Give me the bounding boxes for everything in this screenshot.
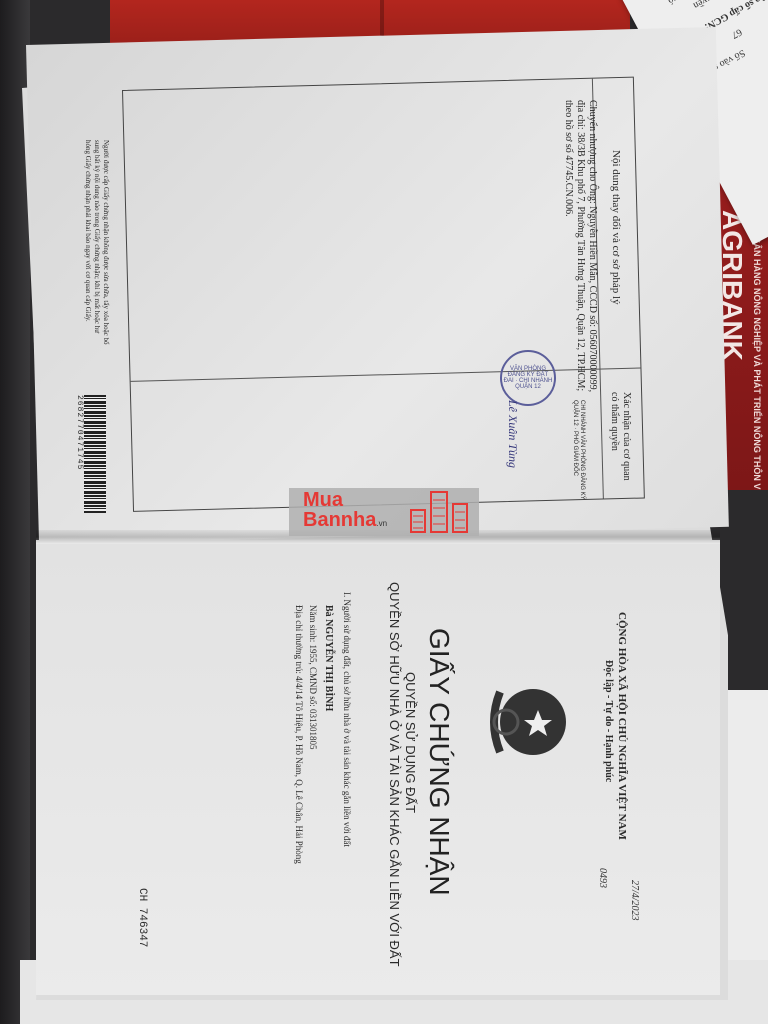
handwritten-number: 0493 [597,868,608,888]
note-line: sung bất kỳ nội dung nào trong Giấy chứn… [93,140,101,333]
signer-name: Lê Xuân Tùng [505,400,520,468]
signature-block: QUẬN 12 · PHÓ GIÁM ĐỐC [572,400,578,476]
handwritten-date: 27/4/2023 [629,880,640,921]
watermark-logo: Mua Bannha.vn [303,490,387,534]
note-line: hỏng Giấy chứng nhận phải khai báo ngay … [84,140,92,322]
certificate-subtitle-1: QUYỀN SỬ DỤNG ĐẤT [403,672,418,813]
paper-line: 67 [730,26,744,40]
watermark-line2: Bannha [303,509,376,531]
watermark-suffix: .vn [376,519,387,528]
owner-address: Địa chỉ thường trú: 4/4/14 Tô Hiệu, P. H… [294,605,304,864]
watermark: Mua Bannha.vn [289,488,479,536]
column-header-confirm: Xác nhận của cơ quan có thẩm quyền [608,392,632,492]
note-line: Người được cấp Giấy chứng nhận không đượ… [102,140,110,345]
watermark-line1: Mua [303,490,387,510]
owner-id: Năm sinh: 1955, CMND số: 031301805 [308,605,318,750]
signature-block: CHI NHÁNH VĂN PHÒNG ĐĂNG KÝ [579,400,585,500]
owner-name: Bà NGUYỄN THỊ BÌNH [323,605,334,711]
official-stamp: VĂN PHÒNG ĐĂNG KÝ ĐẤT ĐAI · CHI NHÁNH QU… [500,350,556,406]
national-emblem-icon [478,672,578,772]
certificate-subtitle-2: QUYỀN SỞ HỮU NHÀ Ở VÀ TÀI SẢN KHÁC GẮN L… [387,582,402,967]
entry-line: Chuyển nhượng cho Ông: Nguyễn Hiền Mẫn, … [587,100,598,392]
column-header-content: Nội dung thay đổi và cơ sở pháp lý [610,150,622,305]
barcode-number: 2682770471745 [75,395,84,470]
table-divider [131,368,641,382]
barcode [84,395,106,513]
certificate-title: GIẤY CHỨNG NHẬN [423,628,455,896]
serial-number: CH 746347 [136,888,148,947]
entry-line: theo hồ sơ số 47745.CN.006. [563,100,574,217]
country-heading: CỘNG HÒA XÃ HỘI CHỦ NGHĨA VIỆT NAM [616,612,628,840]
buildings-icon [409,490,471,534]
section-heading: I. Người sử dụng đất, chủ sở hữu nhà ở v… [342,592,352,847]
entry-line: địa chỉ: 38/3B Khu phố 7, Phường Tân Hưn… [575,100,586,391]
agribank-subtitle: NGÂN HÀNG NÔNG NGHIỆP VÀ PHÁT TRIỂN NÔNG… [752,230,762,490]
motto: Độc lập - Tự do - Hạnh phúc [603,660,614,782]
